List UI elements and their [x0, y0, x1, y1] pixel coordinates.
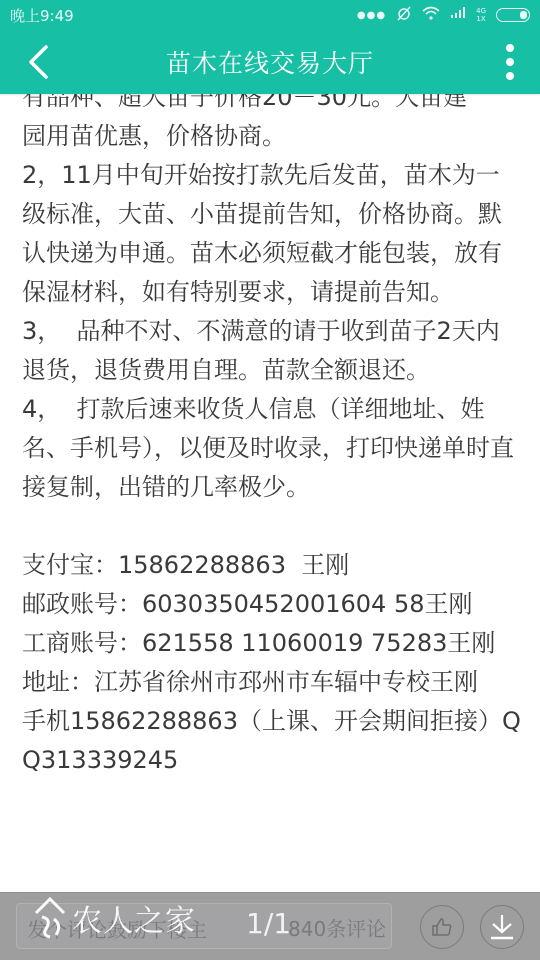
screen: 晚上9:49 ●●● 4G 1X 苗木在线交易大厅: [0, 0, 540, 960]
post-content: 有品种、超大苗子价格20－30元。大苗建 园用苗优惠，价格协商。 2，11月中旬…: [22, 78, 522, 780]
alipay-info: 支付宝：15862288863 王刚: [22, 546, 522, 585]
watermark: 农人之家: [32, 892, 196, 944]
back-button[interactable]: [18, 42, 58, 82]
download-icon: [488, 913, 516, 941]
battery-icon: [496, 8, 530, 22]
app-bar: 苗木在线交易大厅: [0, 30, 540, 94]
network-type-icon: 4G 1X: [476, 7, 486, 23]
comment-count[interactable]: 840条评论: [288, 913, 386, 942]
page-indicator: 1/1: [246, 907, 291, 940]
address-info: 地址：江苏省徐州市邳州市车辐中专校王刚 手机15862288863（上课、开会期…: [22, 663, 522, 780]
status-time: 晚上9:49: [10, 5, 74, 26]
watermark-text: 农人之家: [72, 896, 196, 940]
alarm-off-icon: [396, 5, 412, 25]
post-paragraph: 园用苗优惠，价格协商。: [22, 117, 522, 156]
page-title: 苗木在线交易大厅: [166, 44, 374, 80]
post-paragraph: 4， 打款后速来收货人信息（详细地址、姓名、手机号），以便及时收录，打印快递单时…: [22, 390, 522, 507]
notification-dots-icon: ●●●: [357, 10, 386, 21]
like-button[interactable]: [420, 905, 464, 949]
post-paragraph: 3， 品种不对、不满意的请于收到苗子2天内退货，退货费用自理。苗款全额退还。: [22, 312, 522, 390]
status-icons: ●●● 4G 1X: [357, 5, 530, 25]
wifi-icon: [422, 6, 440, 24]
icbc-account-info: 工商账号：621558 11060019 75283王刚: [22, 624, 522, 663]
chevron-left-icon: [26, 44, 50, 80]
signal-icon: [450, 6, 466, 24]
more-vertical-icon: [506, 44, 514, 52]
status-bar: 晚上9:49 ●●● 4G 1X: [0, 0, 540, 30]
watermark-logo-icon: [32, 895, 68, 941]
postal-account-info: 邮政账号：6030350452001604 58王刚: [22, 585, 522, 624]
thumbs-up-icon: [430, 915, 454, 939]
download-button[interactable]: [480, 905, 524, 949]
post-paragraph: 2，11月中旬开始按打款先后发苗，苗木为一级标准，大苗、小苗提前告知，价格协商。…: [22, 156, 522, 312]
more-options-button[interactable]: [500, 42, 520, 82]
